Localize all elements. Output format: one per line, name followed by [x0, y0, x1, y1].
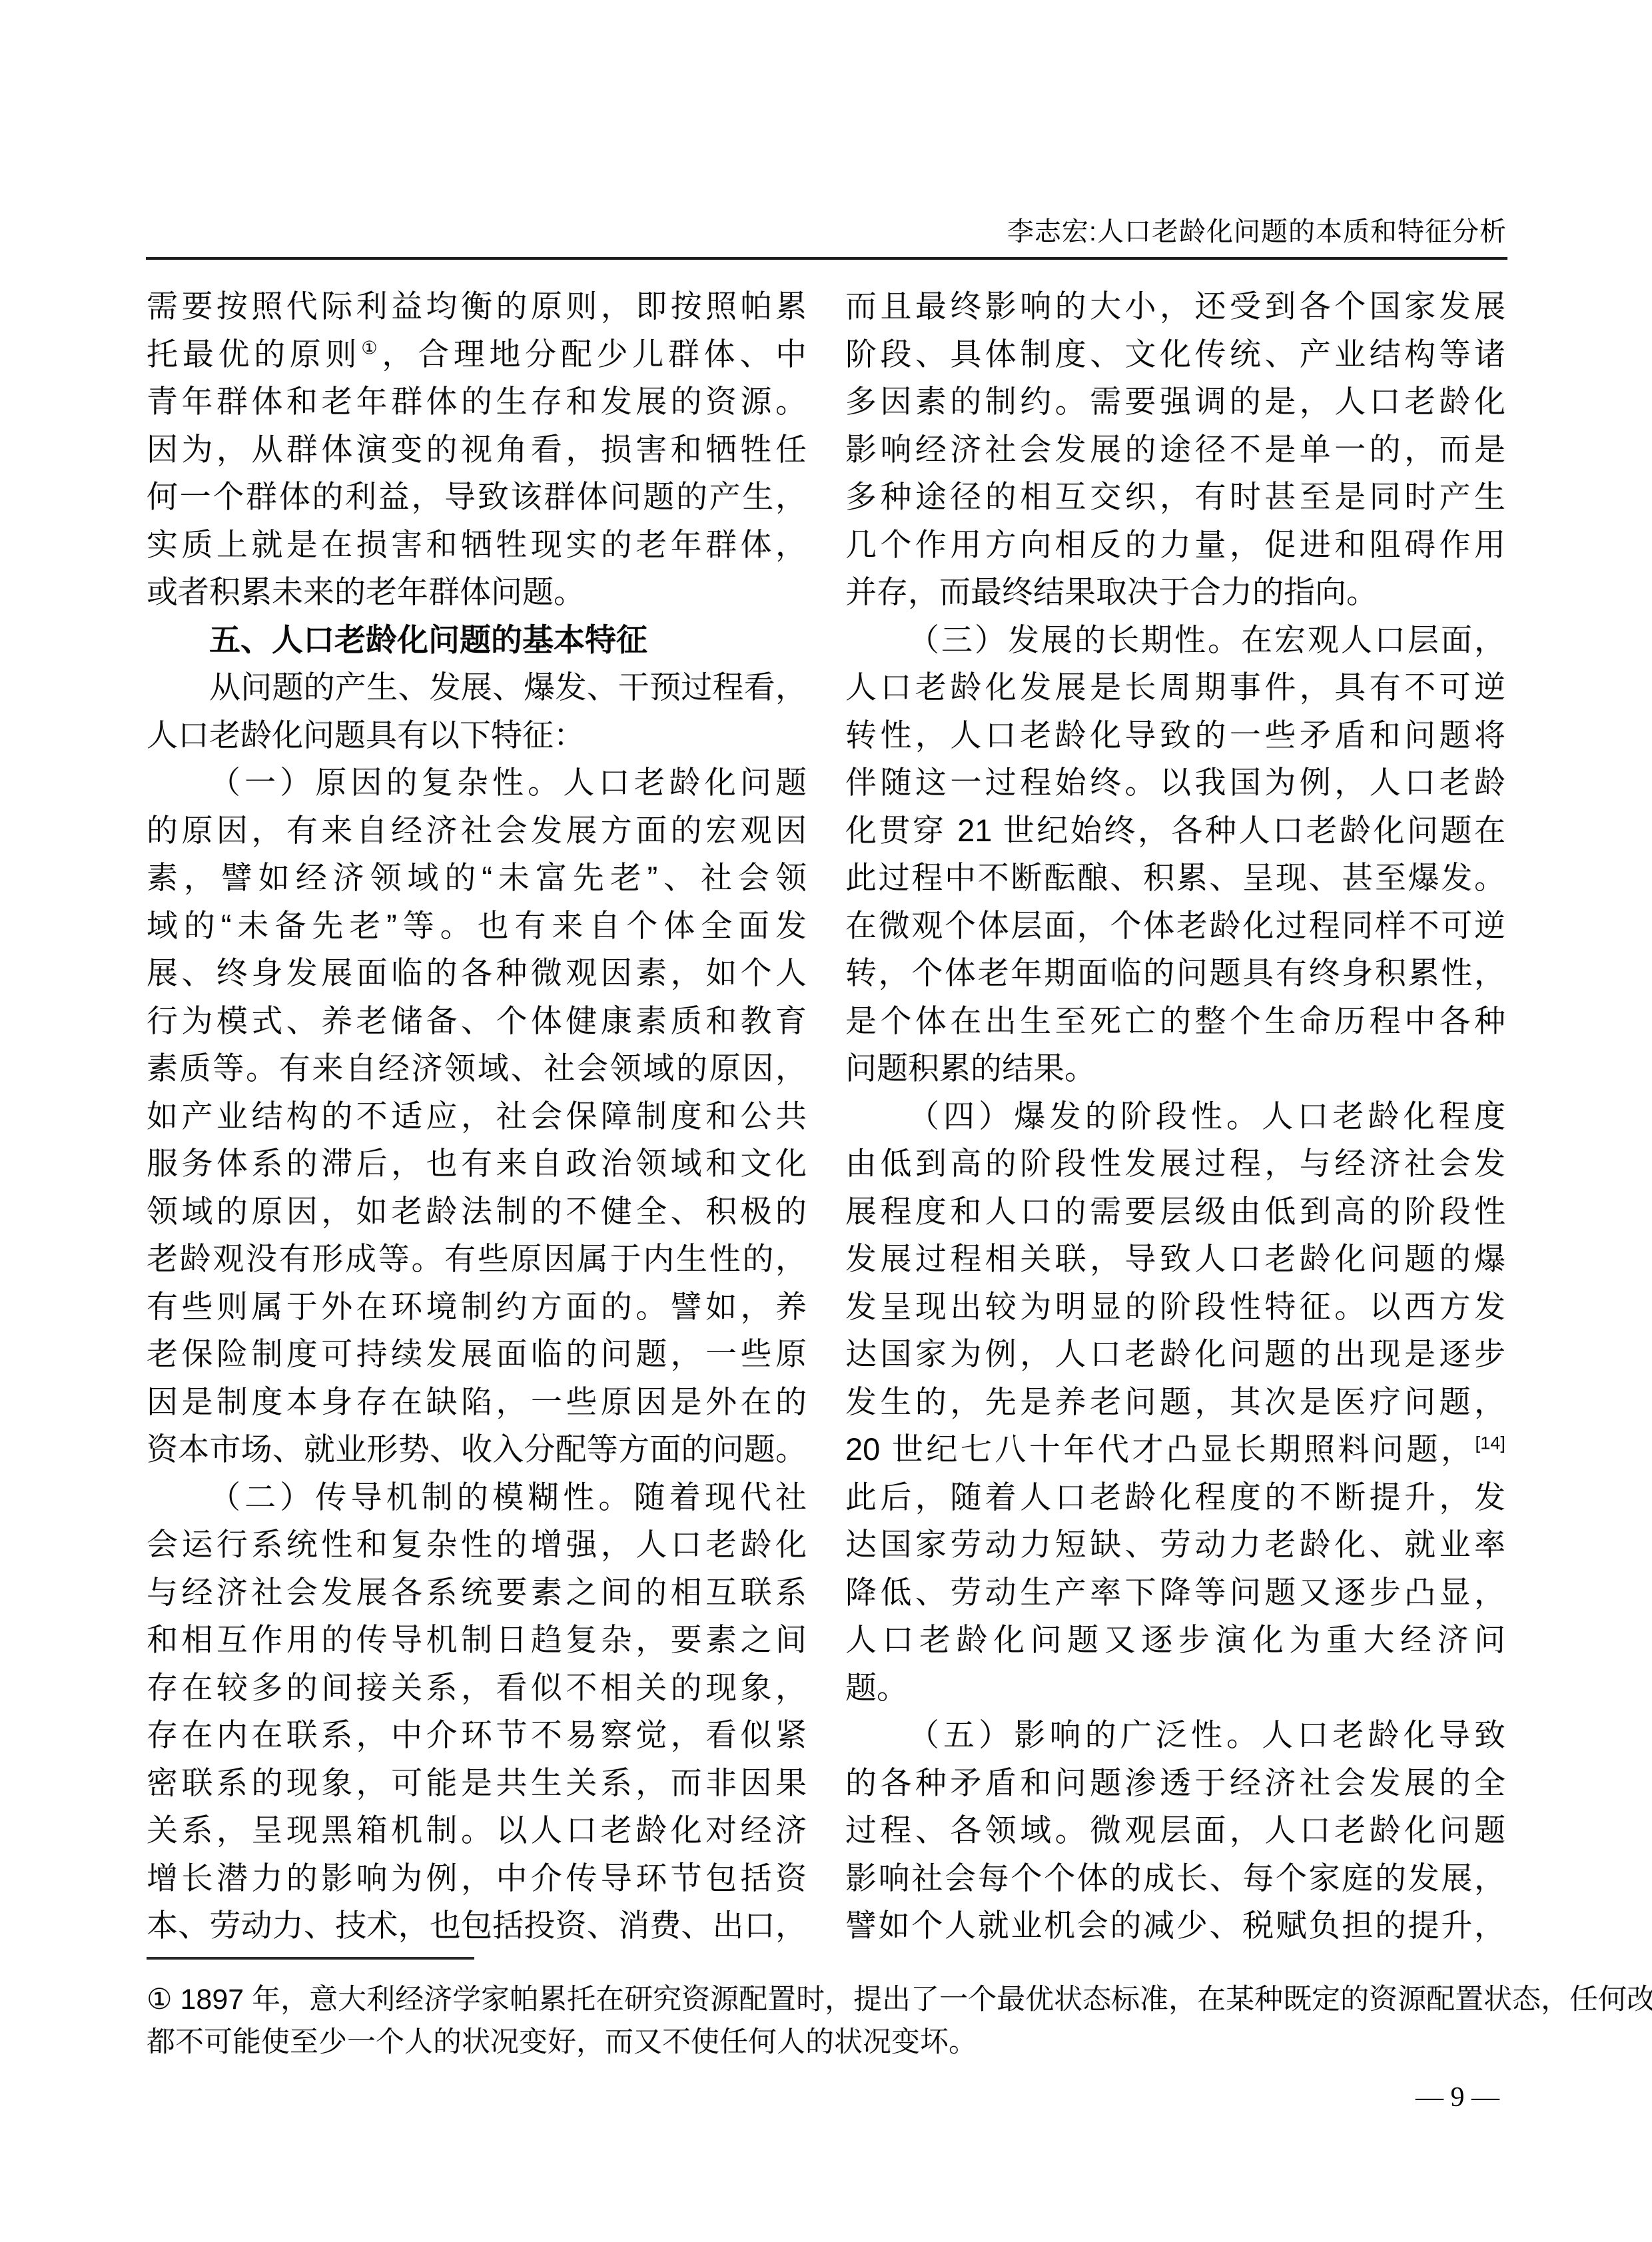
text-line: 展程度和人口的需要层级由低到高的阶段性: [845, 1188, 1505, 1236]
text-segment: 老保险制度可持续发展面临的问题，一些原: [147, 1336, 807, 1371]
superscript-ref: ①: [361, 337, 382, 358]
text-line: 问题积累的结果。: [845, 1044, 1505, 1092]
footnote: ① 1897 年，意大利经济学家帕累托在研究资源配置时，提出了一个最优状态标准，…: [147, 1978, 1507, 2063]
text-line: 密联系的现象，可能是共生关系，而非因果: [147, 1759, 807, 1807]
text-line: 达国家劳动力短缺、劳动力老龄化、就业率: [845, 1521, 1505, 1569]
text-segment: 影响经济社会发展的途径不是单一的，而是: [845, 432, 1505, 467]
text-line: 资本市场、就业形势、收入分配等方面的问题。: [147, 1425, 807, 1473]
text-segment: 如产业结构的不适应，社会保障制度和公共: [147, 1098, 807, 1134]
text-segment: （五）影响的广泛性。人口老龄化导致: [908, 1717, 1505, 1752]
text-segment: 此过程中不断酝酿、积累、呈现、甚至爆发。: [845, 860, 1505, 895]
body-columns: 需要按照代际利益均衡的原则，即按照帕累托最优的原则①，合理地分配少儿群体、中青年…: [147, 282, 1505, 1950]
text-line: 化贯穿 21 世纪始终，各种人口老龄化问题在: [845, 807, 1505, 855]
text-line: 域的“未备先老”等。也有来自个体全面发: [147, 902, 807, 950]
text-segment: 在微观个体层面，个体老龄化过程同样不可逆: [845, 908, 1505, 943]
text-line: 与经济社会发展各系统要素之间的相互联系: [147, 1569, 807, 1617]
text-segment: 五、人口老龄化问题的基本特征: [209, 622, 647, 657]
text-segment: 人口老龄化问题又逐步演化为重大经济问: [845, 1622, 1505, 1657]
running-header-title: 李志宏:人口老龄化问题的本质和特征分析: [147, 216, 1507, 248]
text-segment: 并存，而最终结果取决于合力的指向。: [845, 574, 1378, 609]
text-segment: 发展过程相关联，导致人口老龄化问题的爆: [845, 1241, 1505, 1276]
text-line: （二）传导机制的模糊性。随着现代社: [147, 1473, 807, 1521]
superscript-ref: [14]: [1475, 1432, 1505, 1453]
text-segment: 伴随这一过程始终。以我国为例，人口老龄: [845, 765, 1505, 800]
text-segment: 降低、劳动生产率下降等问题又逐步凸显，: [845, 1575, 1505, 1610]
header-rule: [146, 257, 1507, 260]
text-line: 几个作用方向相反的力量，促进和阻碍作用: [845, 521, 1505, 569]
text-segment: 人口老龄化问题具有以下特征：: [147, 717, 585, 753]
text-line: 人口老龄化问题又逐步演化为重大经济问: [845, 1616, 1505, 1664]
text-segment: 素质等。有来自经济领域、社会领域的原因，: [147, 1050, 807, 1086]
text-line: 素，譬如经济领域的“未富先老”、社会领: [147, 854, 807, 902]
text-segment: 展程度和人口的需要层级由低到高的阶段性: [845, 1194, 1505, 1229]
text-segment: 此后，随着人口老龄化程度的不断提升，发: [845, 1479, 1505, 1515]
text-line: 人口老龄化问题具有以下特征：: [147, 711, 807, 759]
text-line: 五、人口老龄化问题的基本特征: [147, 616, 807, 664]
text-segment: 素，譬如经济领域的“未富先老”、社会领: [147, 860, 807, 895]
text-line: 青年群体和老年群体的生存和发展的资源。: [147, 378, 807, 426]
text-line: 因是制度本身存在缺陷，一些原因是外在的: [147, 1378, 807, 1426]
text-segment: 域的“未备先老”等。也有来自个体全面发: [147, 908, 807, 943]
text-line: 人口老龄化发展是长周期事件，具有不可逆: [845, 663, 1505, 711]
text-segment: 关系，呈现黑箱机制。以人口老龄化对经济: [147, 1812, 807, 1848]
text-segment: 的各种矛盾和问题渗透于经济社会发展的全: [845, 1765, 1505, 1800]
text-segment: （一）原因的复杂性。人口老龄化问题: [209, 765, 807, 800]
text-segment: 过程、各领域。微观层面，人口老龄化问题: [845, 1812, 1505, 1848]
text-segment: 托最优的原则: [147, 336, 361, 372]
text-segment: 化贯穿 21 世纪始终，各种人口老龄化问题在: [845, 813, 1505, 848]
text-segment: 存在内在联系，中介环节不易察觉，看似紧: [147, 1717, 807, 1752]
text-line: 此后，随着人口老龄化程度的不断提升，发: [845, 1473, 1505, 1521]
text-segment: 多因素的制约。需要强调的是，人口老龄化: [845, 384, 1505, 419]
text-segment: 都不可能使至少一个人的状况变好，而又不使任何人的状况变坏。: [147, 2026, 977, 2058]
text-segment: 转，个体老年期面临的问题具有终身积累性，: [845, 955, 1505, 990]
text-line: 伴随这一过程始终。以我国为例，人口老龄: [845, 759, 1505, 807]
page: 李志宏:人口老龄化问题的本质和特征分析 需要按照代际利益均衡的原则，即按照帕累托…: [0, 0, 1652, 2242]
text-line: 和相互作用的传导机制日趋复杂，要素之间: [147, 1616, 807, 1664]
text-segment: 老龄观没有形成等。有些原因属于内生性的，: [147, 1241, 807, 1276]
text-line: ① 1897 年，意大利经济学家帕累托在研究资源配置时，提出了一个最优状态标准，…: [147, 1978, 1507, 2021]
text-line: 何一个群体的利益，导致该群体问题的产生，: [147, 473, 807, 521]
text-segment: 和相互作用的传导机制日趋复杂，要素之间: [147, 1622, 807, 1657]
text-segment: 多种途径的相互交织，有时甚至是同时产生: [845, 479, 1505, 514]
text-line: 发呈现出较为明显的阶段性特征。以西方发: [845, 1283, 1505, 1331]
text-line: 都不可能使至少一个人的状况变好，而又不使任何人的状况变坏。: [147, 2021, 1507, 2063]
text-segment: ① 1897 年，意大利经济学家帕累托在研究资源配置时，提出了一个最优状态标准，…: [147, 1984, 1652, 2016]
text-segment: 是个体在出生至死亡的整个生命历程中各种: [845, 1003, 1505, 1038]
text-line: 是个体在出生至死亡的整个生命历程中各种: [845, 997, 1505, 1045]
text-line: 发展过程相关联，导致人口老龄化问题的爆: [845, 1235, 1505, 1283]
text-segment: 行为模式、养老储备、个体健康素质和教育: [147, 1003, 807, 1038]
text-segment: 转性，人口老龄化导致的一些矛盾和问题将: [845, 717, 1505, 753]
text-column-right: 而且最终影响的大小，还受到各个国家发展阶段、具体制度、文化传统、产业结构等诸多因…: [845, 282, 1505, 1950]
text-segment: 影响社会每个个体的成长、每个家庭的发展，: [845, 1860, 1505, 1896]
text-segment: 或者积累未来的老年群体问题。: [147, 574, 585, 609]
text-line: （三）发展的长期性。在宏观人口层面，: [845, 616, 1505, 664]
text-segment: 因为，从群体演变的视角看，损害和牺牲任: [147, 432, 807, 467]
text-segment: 增长潜力的影响为例，中介传导环节包括资: [147, 1860, 807, 1896]
text-line: 服务体系的滞后，也有来自政治领域和文化: [147, 1140, 807, 1188]
text-line: 老保险制度可持续发展面临的问题，一些原: [147, 1330, 807, 1378]
text-line: 多因素的制约。需要强调的是，人口老龄化: [845, 378, 1505, 426]
text-line: 行为模式、养老储备、个体健康素质和教育: [147, 997, 807, 1045]
text-segment: 从问题的产生、发展、爆发、干预过程看，: [209, 669, 807, 705]
text-line: 转性，人口老龄化导致的一些矛盾和问题将: [845, 711, 1505, 759]
text-segment: （四）爆发的阶段性。人口老龄化程度: [908, 1098, 1505, 1134]
text-line: 题。: [845, 1664, 1505, 1712]
text-segment: 领域的原因，如老龄法制的不健全、积极的: [147, 1194, 807, 1229]
text-segment: 20 世纪七八十年代才凸显长期照料问题，: [845, 1431, 1475, 1467]
text-line: 影响经济社会发展的途径不是单一的，而是: [845, 426, 1505, 474]
footnote-separator: [147, 1957, 474, 1960]
text-line: 发生的，先是养老问题，其次是医疗问题，: [845, 1378, 1505, 1426]
text-segment: 人口老龄化发展是长周期事件，具有不可逆: [845, 669, 1505, 705]
text-segment: 服务体系的滞后，也有来自政治领域和文化: [147, 1146, 807, 1181]
text-segment: （二）传导机制的模糊性。随着现代社: [209, 1479, 807, 1515]
text-line: 如产业结构的不适应，社会保障制度和公共: [147, 1092, 807, 1140]
text-line: 达国家为例，人口老龄化问题的出现是逐步: [845, 1330, 1505, 1378]
text-segment: 题。: [845, 1670, 908, 1705]
text-line: 存在内在联系，中介环节不易察觉，看似紧: [147, 1711, 807, 1759]
text-segment: 存在较多的间接关系，看似不相关的现象，: [147, 1670, 807, 1705]
text-segment: 的原因，有来自经济社会发展方面的宏观因: [147, 813, 807, 848]
text-segment: 发呈现出较为明显的阶段性特征。以西方发: [845, 1289, 1505, 1324]
text-line: 20 世纪七八十年代才凸显长期照料问题，[14]: [845, 1425, 1505, 1473]
text-line: 并存，而最终结果取决于合力的指向。: [845, 568, 1505, 616]
text-segment: （三）发展的长期性。在宏观人口层面，: [908, 622, 1505, 657]
text-line: 实质上就是在损害和牺牲现实的老年群体，: [147, 521, 807, 569]
text-line: 在微观个体层面，个体老龄化过程同样不可逆: [845, 902, 1505, 950]
text-line: 譬如个人就业机会的减少、税赋负担的提升，: [845, 1902, 1505, 1950]
text-line: 从问题的产生、发展、爆发、干预过程看，: [147, 663, 807, 711]
text-line: （五）影响的广泛性。人口老龄化导致: [845, 1711, 1505, 1759]
text-segment: 展、终身发展面临的各种微观因素，如个人: [147, 955, 807, 990]
text-segment: 实质上就是在损害和牺牲现实的老年群体，: [147, 527, 807, 562]
text-line: 需要按照代际利益均衡的原则，即按照帕累: [147, 282, 807, 330]
text-line: 阶段、具体制度、文化传统、产业结构等诸: [845, 330, 1505, 378]
text-line: 此过程中不断酝酿、积累、呈现、甚至爆发。: [845, 854, 1505, 902]
text-segment: ，合理地分配少儿群体、中: [382, 336, 807, 372]
text-line: 本、劳动力、技术，也包括投资、消费、出口，: [147, 1902, 807, 1950]
text-segment: 需要按照代际利益均衡的原则，即按照帕累: [147, 288, 807, 324]
text-segment: 资本市场、就业形势、收入分配等方面的问题。: [147, 1431, 807, 1467]
text-segment: 因是制度本身存在缺陷，一些原因是外在的: [147, 1384, 807, 1419]
text-line: 影响社会每个个体的成长、每个家庭的发展，: [845, 1854, 1505, 1902]
text-line: 或者积累未来的老年群体问题。: [147, 568, 807, 616]
text-line: 因为，从群体演变的视角看，损害和牺牲任: [147, 426, 807, 474]
text-line: 过程、各领域。微观层面，人口老龄化问题: [845, 1806, 1505, 1854]
text-segment: 譬如个人就业机会的减少、税赋负担的提升，: [845, 1908, 1505, 1943]
text-line: 托最优的原则①，合理地分配少儿群体、中: [147, 330, 807, 378]
text-segment: 而且最终影响的大小，还受到各个国家发展: [845, 288, 1505, 324]
text-segment: 阶段、具体制度、文化传统、产业结构等诸: [845, 336, 1505, 372]
page-number: — 9 —: [1391, 2081, 1524, 2114]
text-line: 转，个体老年期面临的问题具有终身积累性，: [845, 949, 1505, 997]
text-line: 的原因，有来自经济社会发展方面的宏观因: [147, 807, 807, 855]
text-segment: 本、劳动力、技术，也包括投资、消费、出口，: [147, 1908, 807, 1943]
text-segment: 何一个群体的利益，导致该群体问题的产生，: [147, 479, 807, 514]
text-line: 关系，呈现黑箱机制。以人口老龄化对经济: [147, 1806, 807, 1854]
text-segment: 几个作用方向相反的力量，促进和阻碍作用: [845, 527, 1505, 562]
text-line: 素质等。有来自经济领域、社会领域的原因，: [147, 1044, 807, 1092]
text-segment: 发生的，先是养老问题，其次是医疗问题，: [845, 1384, 1505, 1419]
text-line: 而且最终影响的大小，还受到各个国家发展: [845, 282, 1505, 330]
text-segment: 与经济社会发展各系统要素之间的相互联系: [147, 1575, 807, 1610]
text-line: 多种途径的相互交织，有时甚至是同时产生: [845, 473, 1505, 521]
text-line: 老龄观没有形成等。有些原因属于内生性的，: [147, 1235, 807, 1283]
text-line: 展、终身发展面临的各种微观因素，如个人: [147, 949, 807, 997]
text-line: 降低、劳动生产率下降等问题又逐步凸显，: [845, 1569, 1505, 1617]
text-column-left: 需要按照代际利益均衡的原则，即按照帕累托最优的原则①，合理地分配少儿群体、中青年…: [147, 282, 807, 1950]
text-segment: 青年群体和老年群体的生存和发展的资源。: [147, 384, 807, 419]
text-segment: 密联系的现象，可能是共生关系，而非因果: [147, 1765, 807, 1800]
text-line: （四）爆发的阶段性。人口老龄化程度: [845, 1092, 1505, 1140]
text-segment: 问题积累的结果。: [845, 1050, 1096, 1086]
text-line: （一）原因的复杂性。人口老龄化问题: [147, 759, 807, 807]
text-segment: 会运行系统性和复杂性的增强，人口老龄化: [147, 1527, 807, 1562]
text-line: 领域的原因，如老龄法制的不健全、积极的: [147, 1188, 807, 1236]
text-line: 由低到高的阶段性发展过程，与经济社会发: [845, 1140, 1505, 1188]
text-segment: 由低到高的阶段性发展过程，与经济社会发: [845, 1146, 1505, 1181]
text-line: 的各种矛盾和问题渗透于经济社会发展的全: [845, 1759, 1505, 1807]
text-segment: 达国家劳动力短缺、劳动力老龄化、就业率: [845, 1527, 1505, 1562]
text-line: 增长潜力的影响为例，中介传导环节包括资: [147, 1854, 807, 1902]
text-line: 会运行系统性和复杂性的增强，人口老龄化: [147, 1521, 807, 1569]
text-line: 存在较多的间接关系，看似不相关的现象，: [147, 1664, 807, 1712]
text-segment: 达国家为例，人口老龄化问题的出现是逐步: [845, 1336, 1505, 1371]
text-line: 有些则属于外在环境制约方面的。譬如，养: [147, 1283, 807, 1331]
text-segment: 有些则属于外在环境制约方面的。譬如，养: [147, 1289, 807, 1324]
